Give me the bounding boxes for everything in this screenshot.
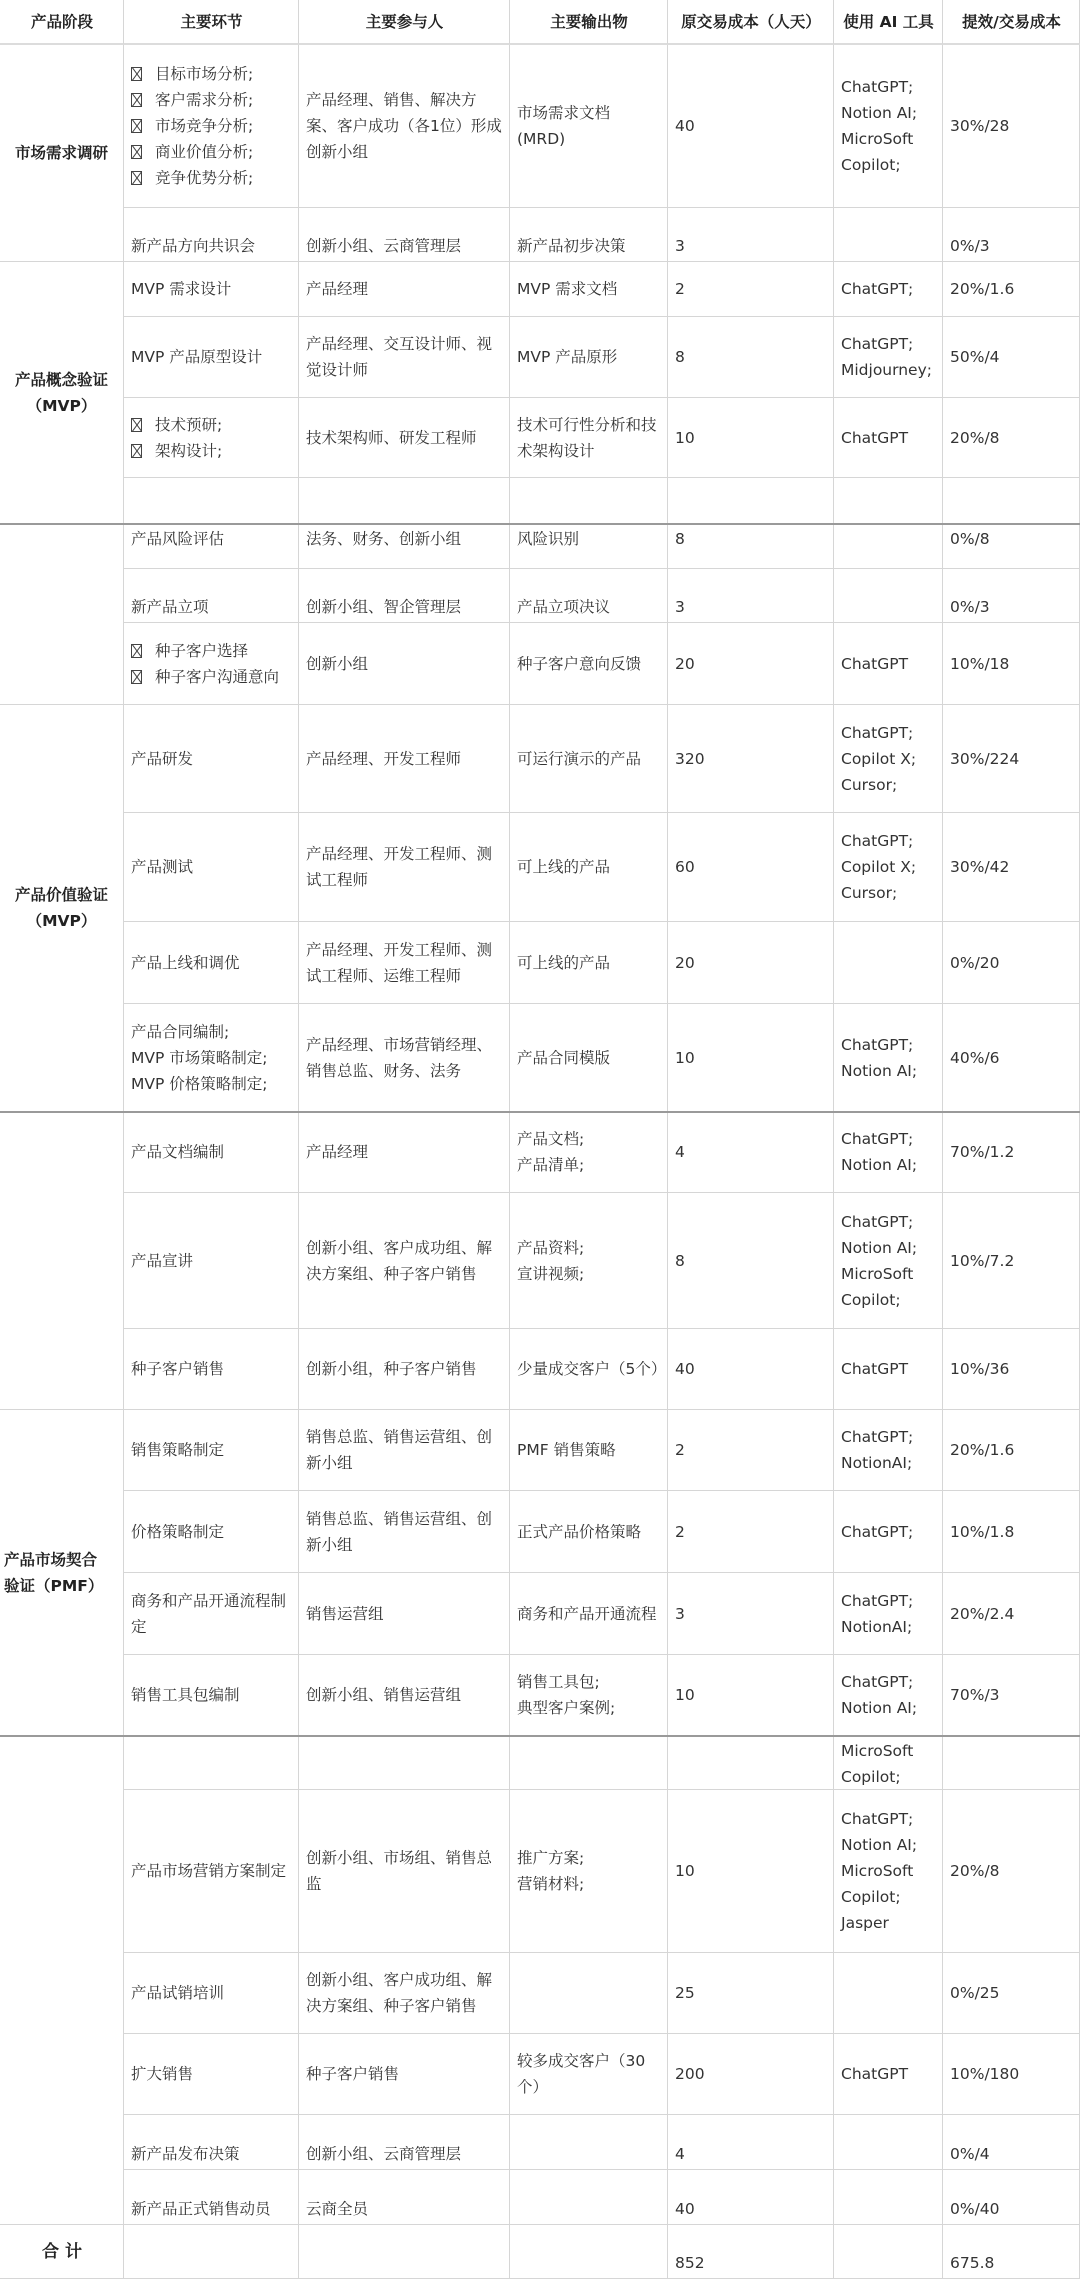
- step-item-label: 商业价值分析;: [155, 139, 253, 165]
- ai-tools-cell: [834, 569, 943, 623]
- ai-tools-list: ChatGPT;Notion AI;: [841, 1032, 917, 1084]
- step-cell: 销售工具包编制: [124, 1655, 299, 1736]
- participants-text: 创新小组、智企管理层: [306, 594, 461, 620]
- step-list-item: MVP 市场策略制定;: [131, 1045, 267, 1071]
- efficiency-cell: 20%/1.6: [943, 262, 1080, 317]
- efficiency-cell: 10%/1.8: [943, 1491, 1080, 1573]
- stage-label: 市场需求调研: [15, 140, 108, 166]
- stage-cell: 产品市场契合 验证（PMF）: [0, 1410, 124, 1736]
- step-list-item: 种子客户沟通意向: [131, 664, 279, 690]
- cost-cell: 8: [668, 317, 834, 398]
- step-item-label: 架构设计;: [155, 438, 222, 464]
- ai-tool-name: ChatGPT;: [841, 1669, 917, 1695]
- efficiency-value: 20%/1.6: [950, 1437, 1014, 1463]
- efficiency-cell: 20%/2.4: [943, 1573, 1080, 1655]
- step-label: 产品文档编制: [131, 1139, 224, 1165]
- step-label: 产品市场营销方案制定: [131, 1858, 286, 1884]
- ai-tool-name: Midjourney;: [841, 357, 932, 383]
- checkbox-crossed-icon: [131, 93, 142, 107]
- stage-label: 产品市场契合 验证（PMF）: [4, 1547, 103, 1599]
- output-cell: 产品立项决议: [510, 569, 668, 623]
- step-cell: 价格策略制定: [124, 1491, 299, 1573]
- ai-tool-name: ChatGPT;: [841, 276, 913, 302]
- output-text: 商务和产品开通流程: [517, 1601, 657, 1627]
- checkbox-crossed-icon: [131, 444, 142, 458]
- cost-cell: 2: [668, 262, 834, 317]
- participants-text: 创新小组、云商管理层: [306, 2141, 461, 2167]
- step-label: MVP 产品原型设计: [131, 344, 262, 370]
- step-list: 技术预研;架构设计;: [131, 412, 222, 464]
- efficiency-value: 10%/36: [950, 1356, 1009, 1382]
- step-list-item: 商业价值分析;: [131, 139, 253, 165]
- output-cell: MVP 需求文档: [510, 262, 668, 317]
- ai-tools-list: ChatGPT;Midjourney;: [841, 331, 932, 383]
- output-cell: [510, 1953, 668, 2034]
- output-text: 技术可行性分析和技术架构设计: [517, 412, 661, 464]
- output-cell: [510, 1736, 668, 1790]
- cost-cell: 4: [668, 1112, 834, 1193]
- cost-value: 4: [675, 1139, 685, 1165]
- output-cell: 较多成交客户（30个）: [510, 2034, 668, 2115]
- step-cell: 新产品正式销售动员: [124, 2170, 299, 2225]
- step-list-item: 种子客户选择: [131, 638, 279, 664]
- step-item-label: 技术预研;: [155, 412, 222, 438]
- ai-tools-cell: ChatGPT;NotionAI;: [834, 1573, 943, 1655]
- ai-tool-name: ChatGPT;: [841, 1588, 913, 1614]
- participants-cell: 创新小组、云商管理层: [299, 208, 510, 262]
- output-text: 可上线的产品: [517, 950, 610, 976]
- ai-tool-name: ChatGPT;: [841, 1519, 913, 1545]
- ai-tools-list: ChatGPT;Notion AI;MicroSoftCopilot;Jaspe…: [841, 1806, 917, 1936]
- participants-cell: 法务、财务、创新小组: [299, 524, 510, 569]
- participants-cell: 销售总监、销售运营组、创新小组: [299, 1491, 510, 1573]
- ai-tools-cell: ChatGPT;Notion AI;MicroSoftCopilot;: [834, 45, 943, 208]
- efficiency-cell: 10%/180: [943, 2034, 1080, 2115]
- section-divider: [0, 1111, 1080, 1113]
- efficiency-value: 0%/3: [950, 233, 990, 259]
- cost-value: 320: [675, 746, 705, 772]
- output-text: 可运行演示的产品: [517, 746, 641, 772]
- ai-tool-name: ChatGPT;: [841, 1806, 917, 1832]
- cost-cell: 8: [668, 524, 834, 569]
- output-cell: 种子客户意向反馈: [510, 623, 668, 705]
- efficiency-value: 10%/1.8: [950, 1519, 1014, 1545]
- output-cell: [510, 2170, 668, 2225]
- step-cell: MVP 产品原型设计: [124, 317, 299, 398]
- ai-tool-name: NotionAI;: [841, 1450, 913, 1476]
- ai-tool-name: Jasper: [841, 1910, 917, 1936]
- ai-tool-name: Copilot;: [841, 1764, 913, 1790]
- ai-tools-list: ChatGPT;: [841, 1519, 913, 1545]
- step-cell: 新产品发布决策: [124, 2115, 299, 2170]
- efficiency-value: 0%/3: [950, 594, 990, 620]
- column-header-label: 主要环节: [180, 9, 242, 35]
- ai-product-cost-table: 产品阶段主要环节主要参与人主要输出物原交易成本（人天）使用 AI 工具提效/交易…: [0, 0, 1080, 2279]
- stage-cell: 产品概念验证 （MVP）: [0, 262, 124, 524]
- step-label: MVP 需求设计: [131, 276, 231, 302]
- column-header-cost: 原交易成本（人天）: [668, 0, 834, 45]
- cost-cell: 20: [668, 922, 834, 1004]
- ai-tool-name: MicroSoft: [841, 1858, 917, 1884]
- cost-value: 3: [675, 594, 685, 620]
- efficiency-value: 40%/6: [950, 1045, 1000, 1071]
- efficiency-cell: 0%/4: [943, 2115, 1080, 2170]
- participants-cell: 产品经理、开发工程师、测试工程师: [299, 813, 510, 922]
- ai-tools-cell: ChatGPT;Notion AI;: [834, 1112, 943, 1193]
- section-divider: [0, 523, 1080, 525]
- step-cell: 产品风险评估: [124, 524, 299, 569]
- efficiency-value: 20%/8: [950, 425, 1000, 451]
- step-cell: 新产品立项: [124, 569, 299, 623]
- step-cell: [124, 478, 299, 524]
- step-label: 商务和产品开通流程制定: [131, 1588, 292, 1640]
- cost-cell: 40: [668, 1329, 834, 1410]
- output-cell: 商务和产品开通流程: [510, 1573, 668, 1655]
- output-cell: 推广方案; 营销材料;: [510, 1790, 668, 1953]
- step-list: 种子客户选择种子客户沟通意向: [131, 638, 279, 690]
- efficiency-value: 0%/25: [950, 1980, 1000, 2006]
- efficiency-value: 20%/8: [950, 1858, 1000, 1884]
- ai-tools-cell: [834, 2170, 943, 2225]
- stage-cell: [0, 1736, 124, 2225]
- ai-tools-cell: MicroSoftCopilot;: [834, 1736, 943, 1790]
- efficiency-cell: 10%/36: [943, 1329, 1080, 1410]
- ai-tool-name: ChatGPT;: [841, 828, 916, 854]
- column-header-participants: 主要参与人: [299, 0, 510, 45]
- participants-text: 销售总监、销售运营组、创新小组: [306, 1506, 503, 1558]
- output-text: 新产品初步决策: [517, 233, 626, 259]
- cost-cell: 2: [668, 1410, 834, 1491]
- ai-tool-name: Notion AI;: [841, 1832, 917, 1858]
- ai-tool-name: Copilot X;: [841, 746, 916, 772]
- efficiency-cell: 50%/4: [943, 317, 1080, 398]
- cost-value: 2: [675, 1437, 685, 1463]
- cost-cell: 10: [668, 1790, 834, 1953]
- output-cell: MVP 产品原形: [510, 317, 668, 398]
- cost-cell: 8: [668, 1193, 834, 1329]
- step-cell: 新产品方向共识会: [124, 208, 299, 262]
- ai-tools-cell: ChatGPT: [834, 2034, 943, 2115]
- efficiency-value: 0%/20: [950, 950, 1000, 976]
- participants-cell: 创新小组: [299, 623, 510, 705]
- step-cell: MVP 需求设计: [124, 262, 299, 317]
- ai-tools-cell: ChatGPT;Copilot X;Cursor;: [834, 813, 943, 922]
- participants-text: 云商全员: [306, 2196, 368, 2222]
- step-cell: 产品文档编制: [124, 1112, 299, 1193]
- output-cell: 销售工具包; 典型客户案例;: [510, 1655, 668, 1736]
- ai-tool-name: Copilot;: [841, 152, 917, 178]
- step-cell: 种子客户销售: [124, 1329, 299, 1410]
- ai-tool-name: Notion AI;: [841, 1235, 917, 1261]
- step-list: 产品合同编制;MVP 市场策略制定;MVP 价格策略制定;: [131, 1019, 267, 1097]
- ai-tools-cell: [834, 208, 943, 262]
- cost-value: 20: [675, 950, 695, 976]
- efficiency-cell: 30%/42: [943, 813, 1080, 922]
- cost-cell: [668, 1736, 834, 1790]
- cost-cell: 320: [668, 705, 834, 813]
- column-header-label: 产品阶段: [31, 9, 93, 35]
- ai-tools-cell: [834, 922, 943, 1004]
- efficiency-value: 30%/42: [950, 854, 1009, 880]
- ai-tools-list: ChatGPT;Notion AI;: [841, 1669, 917, 1721]
- step-label: 产品试销培训: [131, 1980, 224, 2006]
- output-cell: 可运行演示的产品: [510, 705, 668, 813]
- ai-tool-name: ChatGPT: [841, 651, 908, 677]
- ai-tool-name: Copilot;: [841, 1287, 917, 1313]
- ai-tool-name: Notion AI;: [841, 1152, 917, 1178]
- participants-cell: [299, 478, 510, 524]
- checkbox-crossed-icon: [131, 418, 142, 432]
- ai-tools-list: ChatGPT;Copilot X;Cursor;: [841, 720, 916, 798]
- output-text: 正式产品价格策略: [517, 1519, 641, 1545]
- cost-cell: 60: [668, 813, 834, 922]
- participants-cell: 创新小组、销售运营组: [299, 1655, 510, 1736]
- stage-label: 产品价值验证 （MVP）: [15, 882, 108, 934]
- output-text: 销售工具包; 典型客户案例;: [517, 1669, 615, 1721]
- ai-tools-list: ChatGPT;Notion AI;MicroSoftCopilot;: [841, 1209, 917, 1313]
- total-efficiency-value: 675.8: [950, 2250, 994, 2276]
- participants-cell: 创新小组、云商管理层: [299, 2115, 510, 2170]
- cost-value: 20: [675, 651, 695, 677]
- stage-cell: [0, 524, 124, 705]
- ai-tool-name: ChatGPT: [841, 1356, 908, 1382]
- output-text: 产品文档; 产品清单;: [517, 1126, 584, 1178]
- cost-cell: 3: [668, 1573, 834, 1655]
- step-label: 新产品发布决策: [131, 2141, 240, 2167]
- checkbox-crossed-icon: [131, 119, 142, 133]
- participants-cell: 产品经理、开发工程师、测试工程师、运维工程师: [299, 922, 510, 1004]
- ai-tools-list: ChatGPT;Notion AI;: [841, 1126, 917, 1178]
- cost-value: 40: [675, 1356, 695, 1382]
- step-label: 产品研发: [131, 746, 193, 772]
- column-header-label: 原交易成本（人天）: [681, 9, 821, 35]
- cost-cell: 2: [668, 1491, 834, 1573]
- step-item-label: 客户需求分析;: [155, 87, 253, 113]
- step-cell: 扩大销售: [124, 2034, 299, 2115]
- efficiency-cell: 70%/1.2: [943, 1112, 1080, 1193]
- output-text: 种子客户意向反馈: [517, 651, 641, 677]
- participants-text: 创新小组、云商管理层: [306, 233, 461, 259]
- step-cell: 产品试销培训: [124, 1953, 299, 2034]
- participants-cell: 创新小组、市场组、销售总监: [299, 1790, 510, 1953]
- efficiency-value: 10%/7.2: [950, 1248, 1014, 1274]
- ai-tools-list: ChatGPT: [841, 2061, 908, 2087]
- participants-text: 创新小组、客户成功组、解决方案组、种子客户销售: [306, 1967, 503, 2019]
- column-header-label: 主要参与人: [366, 9, 444, 35]
- participants-text: 创新小组、销售运营组: [306, 1682, 461, 1708]
- efficiency-value: 70%/1.2: [950, 1139, 1014, 1165]
- efficiency-cell: 70%/3: [943, 1655, 1080, 1736]
- step-label: 销售工具包编制: [131, 1682, 240, 1708]
- efficiency-cell: 0%/8: [943, 524, 1080, 569]
- output-cell: [510, 478, 668, 524]
- ai-tools-cell: ChatGPT: [834, 623, 943, 705]
- ai-tools-cell: ChatGPT;Notion AI;: [834, 1004, 943, 1112]
- output-cell: 技术可行性分析和技术架构设计: [510, 398, 668, 478]
- participants-cell: 创新小组、智企管理层: [299, 569, 510, 623]
- output-cell: PMF 销售策略: [510, 1410, 668, 1491]
- participants-cell: 种子客户销售: [299, 2034, 510, 2115]
- ai-tools-cell: [834, 524, 943, 569]
- stage-cell: 市场需求调研: [0, 45, 124, 262]
- cost-value: 2: [675, 276, 685, 302]
- column-header-ai-tools: 使用 AI 工具: [834, 0, 943, 45]
- efficiency-value: 0%/8: [950, 526, 990, 552]
- column-header-label: 主要输出物: [550, 9, 628, 35]
- cost-cell: 40: [668, 45, 834, 208]
- efficiency-cell: 0%/3: [943, 569, 1080, 623]
- ai-tools-cell: [834, 1953, 943, 2034]
- step-item-label: 种子客户沟通意向: [155, 664, 279, 690]
- total-efficiency-cell: 675.8: [943, 2225, 1080, 2279]
- efficiency-cell: 20%/8: [943, 1790, 1080, 1953]
- output-cell: 新产品初步决策: [510, 208, 668, 262]
- output-text: 推广方案; 营销材料;: [517, 1845, 584, 1897]
- checkbox-crossed-icon: [131, 670, 142, 684]
- step-label: 种子客户销售: [131, 1356, 224, 1382]
- ai-tools-cell: ChatGPT;Notion AI;MicroSoftCopilot;Jaspe…: [834, 1790, 943, 1953]
- output-cell: 可上线的产品: [510, 922, 668, 1004]
- ai-tools-cell: ChatGPT;NotionAI;: [834, 1410, 943, 1491]
- ai-tool-name: ChatGPT;: [841, 1424, 913, 1450]
- efficiency-value: 30%/224: [950, 746, 1019, 772]
- ai-tools-cell: ChatGPT;Copilot X;Cursor;: [834, 705, 943, 813]
- efficiency-cell: 0%/40: [943, 2170, 1080, 2225]
- participants-text: 产品经理: [306, 276, 368, 302]
- step-label: 扩大销售: [131, 2061, 193, 2087]
- cost-value: 3: [675, 233, 685, 259]
- efficiency-value: 10%/18: [950, 651, 1009, 677]
- output-text: 产品资料; 宣讲视频;: [517, 1235, 584, 1287]
- cost-cell: 25: [668, 1953, 834, 2034]
- efficiency-value: 20%/1.6: [950, 276, 1014, 302]
- stage-label: 产品概念验证 （MVP）: [15, 367, 108, 419]
- participants-text: 创新小组、市场组、销售总监: [306, 1845, 503, 1897]
- participants-cell: 产品经理、销售、解决方案、客户成功（各1位）形成创新小组: [299, 45, 510, 208]
- total-cost-cell: 852: [668, 2225, 834, 2279]
- cost-cell: 10: [668, 1004, 834, 1112]
- step-item-label: MVP 市场策略制定;: [131, 1049, 267, 1067]
- participants-text: 种子客户销售: [306, 2061, 399, 2087]
- step-cell: 产品合同编制;MVP 市场策略制定;MVP 价格策略制定;: [124, 1004, 299, 1112]
- ai-tool-name: ChatGPT;: [841, 720, 916, 746]
- step-label: 产品风险评估: [131, 526, 224, 552]
- cost-value: 60: [675, 854, 695, 880]
- cost-value: 4: [675, 2141, 685, 2167]
- output-text: 产品合同模版: [517, 1045, 610, 1071]
- output-cell: 产品资料; 宣讲视频;: [510, 1193, 668, 1329]
- step-label: 新产品正式销售动员: [131, 2196, 271, 2222]
- efficiency-cell: 30%/28: [943, 45, 1080, 208]
- participants-text: 法务、财务、创新小组: [306, 526, 461, 552]
- participants-cell: 云商全员: [299, 2170, 510, 2225]
- ai-tools-list: ChatGPT;Copilot X;Cursor;: [841, 828, 916, 906]
- output-text: 风险识别: [517, 526, 579, 552]
- step-item-label: 市场竞争分析;: [155, 113, 253, 139]
- participants-text: 销售运营组: [306, 1601, 384, 1627]
- ai-tools-list: ChatGPT;Notion AI;MicroSoftCopilot;: [841, 74, 917, 178]
- cost-cell: [668, 478, 834, 524]
- total-empty-cell: [834, 2225, 943, 2279]
- ai-tools-cell: ChatGPT;Notion AI;MicroSoftCopilot;: [834, 1193, 943, 1329]
- total-empty-cell: [299, 2225, 510, 2279]
- ai-tools-cell: ChatGPT: [834, 1329, 943, 1410]
- step-item-label: 种子客户选择: [155, 638, 248, 664]
- cost-cell: 10: [668, 1655, 834, 1736]
- participants-text: 产品经理: [306, 1139, 368, 1165]
- step-item-label: MVP 价格策略制定;: [131, 1075, 267, 1093]
- participants-text: 产品经理、市场营销经理、销售总监、财务、法务: [306, 1032, 503, 1084]
- efficiency-cell: 10%/18: [943, 623, 1080, 705]
- ai-tools-cell: ChatGPT;: [834, 1491, 943, 1573]
- efficiency-cell: 20%/8: [943, 398, 1080, 478]
- participants-text: 产品经理、开发工程师: [306, 746, 461, 772]
- output-cell: 风险识别: [510, 524, 668, 569]
- ai-tools-cell: ChatGPT;: [834, 262, 943, 317]
- participants-cell: 创新小组，种子客户销售: [299, 1329, 510, 1410]
- column-header-label: 提效/交易成本: [962, 9, 1061, 35]
- cost-value: 25: [675, 1980, 695, 2006]
- participants-cell: 销售总监、销售运营组、创新小组: [299, 1410, 510, 1491]
- column-header-stage: 产品阶段: [0, 0, 124, 45]
- step-label: 价格策略制定: [131, 1519, 224, 1545]
- step-cell: 销售策略制定: [124, 1410, 299, 1491]
- cost-value: 3: [675, 1601, 685, 1627]
- output-cell: [510, 2115, 668, 2170]
- efficiency-cell: 0%/20: [943, 922, 1080, 1004]
- cost-value: 10: [675, 1045, 695, 1071]
- step-cell: 商务和产品开通流程制定: [124, 1573, 299, 1655]
- ai-tool-name: Copilot;: [841, 1884, 917, 1910]
- participants-text: 创新小组、客户成功组、解决方案组、种子客户销售: [306, 1235, 503, 1287]
- step-list-item: 目标市场分析;: [131, 61, 253, 87]
- cost-cell: 4: [668, 2115, 834, 2170]
- checkbox-crossed-icon: [131, 145, 142, 159]
- step-item-label: 产品合同编制;: [131, 1023, 229, 1041]
- ai-tool-name: ChatGPT: [841, 425, 908, 451]
- step-label: 产品上线和调优: [131, 950, 240, 976]
- ai-tool-name: Cursor;: [841, 772, 916, 798]
- participants-cell: 产品经理、开发工程师: [299, 705, 510, 813]
- step-cell: 产品宣讲: [124, 1193, 299, 1329]
- step-label: 产品测试: [131, 854, 193, 880]
- ai-tool-name: Cursor;: [841, 880, 916, 906]
- participants-text: 销售总监、销售运营组、创新小组: [306, 1424, 503, 1476]
- participants-cell: 产品经理: [299, 1112, 510, 1193]
- cost-cell: 40: [668, 2170, 834, 2225]
- ai-tool-name: Notion AI;: [841, 1058, 917, 1084]
- efficiency-cell: 40%/6: [943, 1004, 1080, 1112]
- efficiency-cell: [943, 1736, 1080, 1790]
- ai-tool-name: Copilot X;: [841, 854, 916, 880]
- participants-cell: 销售运营组: [299, 1573, 510, 1655]
- output-cell: 正式产品价格策略: [510, 1491, 668, 1573]
- output-cell: 少量成交客户（5个）: [510, 1329, 668, 1410]
- column-header-step: 主要环节: [124, 0, 299, 45]
- step-list-item: MVP 价格策略制定;: [131, 1071, 267, 1097]
- ai-tools-cell: [834, 478, 943, 524]
- ai-tool-name: Notion AI;: [841, 1695, 917, 1721]
- participants-cell: 创新小组、客户成功组、解决方案组、种子客户销售: [299, 1193, 510, 1329]
- column-header-label: 使用 AI 工具: [843, 9, 934, 35]
- efficiency-cell: 0%/3: [943, 208, 1080, 262]
- ai-tool-name: ChatGPT;: [841, 1126, 917, 1152]
- ai-tools-cell: ChatGPT;Notion AI;: [834, 1655, 943, 1736]
- total-empty-cell: [510, 2225, 668, 2279]
- cost-cell: 10: [668, 398, 834, 478]
- total-label: 合 计: [42, 2239, 82, 2265]
- cost-value: 8: [675, 1248, 685, 1274]
